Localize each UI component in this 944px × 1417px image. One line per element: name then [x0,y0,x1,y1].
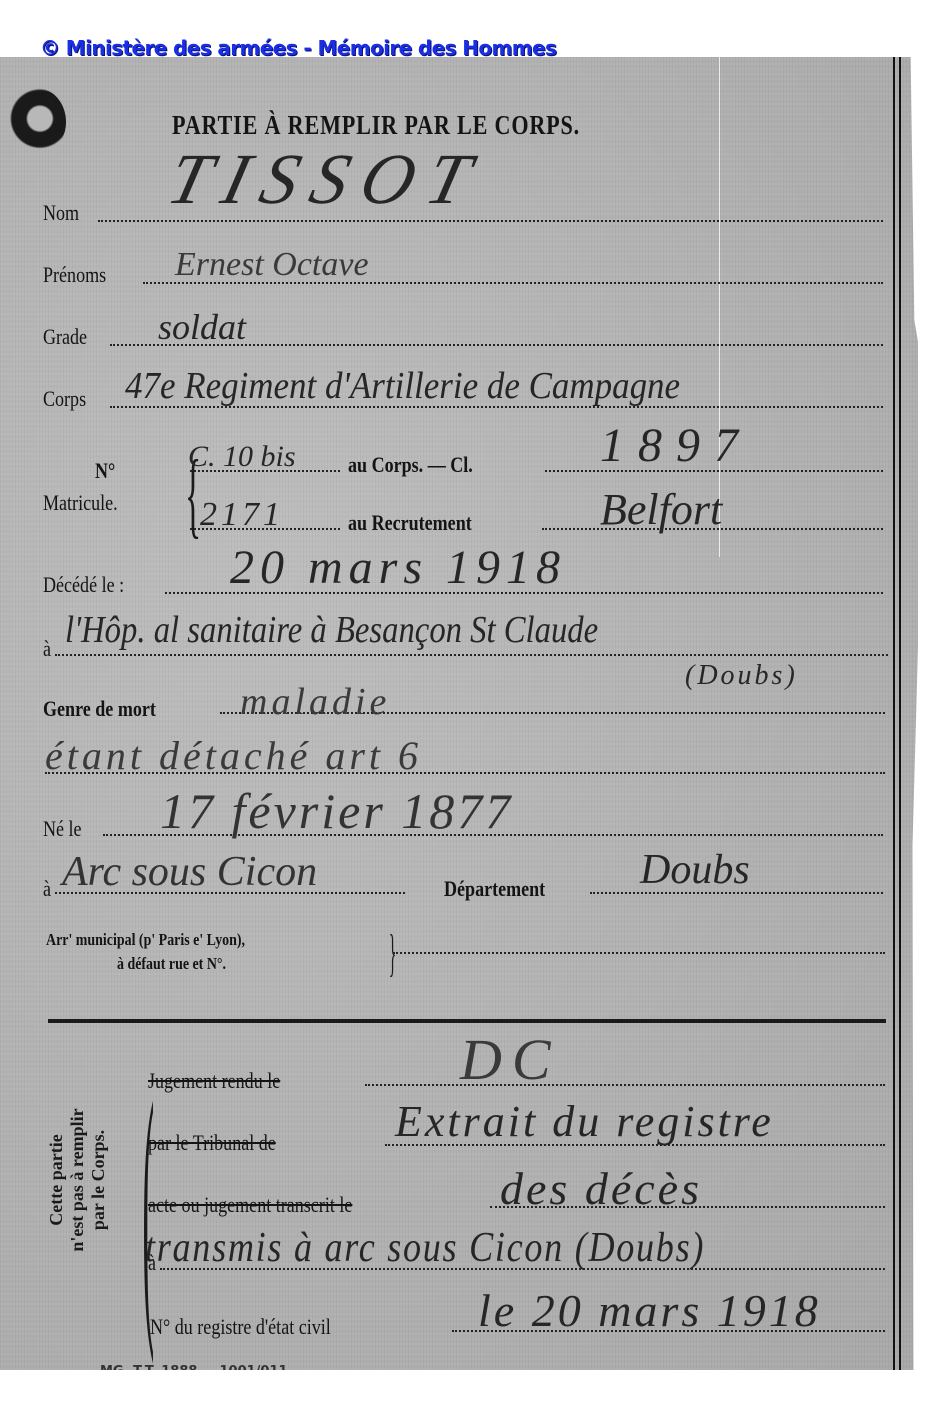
side-note-line-1: Cette partie [46,1060,67,1300]
footer-code: MG. T.T. 1888 — 1001/011 [100,1364,288,1370]
border-line-left [893,57,895,1370]
genre-mort-label: Genre de mort [43,696,156,722]
nom-value: TISSOT [160,138,493,221]
side-note-line-3: par le Corps. [88,1060,109,1300]
side-note: Cette partie n'est pas à remplir par le … [46,1060,109,1300]
matricule-label-no: N° [95,458,115,484]
grade-value: soldat [158,306,246,348]
classe-value: 1897 [600,418,752,473]
form-header: PARTIE À REMPLIR PAR LE CORPS. [172,110,580,141]
matricule-corps-number: C. 10 bis [188,440,296,474]
acte-label: acte ou jugement transcrit le [148,1192,352,1218]
deces-value: 20 mars 1918 [230,540,566,595]
nom-label: Nom [43,200,79,226]
matricule-corps-line [190,470,340,472]
lieu-deces-label: à [43,636,51,662]
a-value: transmis à arc sous Cicon (Doubs) [145,1224,705,1272]
departement-label: Département [444,876,545,902]
recrutement-number-line [190,528,340,530]
departement-value: Doubs [640,846,750,894]
naissance-label: Né le [43,816,82,842]
acte-value: des décès [500,1162,702,1215]
grade-label: Grade [43,324,87,350]
lieu-deces-value: l'Hôp. al sanitaire à Besançon St Claude [65,608,598,652]
deces-label: Décédé le : [43,572,124,598]
lieu-naissance-label: à [43,876,51,902]
lieu-naissance-value: Arc sous Cicon [62,848,317,896]
registre-value: le 20 mars 1918 [478,1284,821,1337]
arrondissement-label-1: Arr' municipal (p' Paris e' Lyon), [46,930,245,950]
arrondissement-label-2: à défaut rue et N°. [117,954,226,974]
matricule-corps-label: au Corps. — Cl. [348,452,473,478]
lieu-deces-note: (Doubs) [685,660,798,692]
corps-label: Corps [43,386,86,412]
side-note-line-2: n'est pas à remplir [67,1060,88,1300]
prenoms-value: Ernest Octave [175,246,369,284]
recrutement-value: Belfort [600,484,722,535]
jugement-label: Jugement rendu le [148,1068,280,1094]
ink-stamp-icon [8,88,66,156]
copyright-watermark: © Ministère des armées - Mémoire des Hom… [40,36,556,60]
jugement-line [365,1084,885,1086]
genre-mort-value: maladie [240,680,390,724]
tribunal-value: Extrait du registre [395,1096,774,1147]
genre-mort-extra: étant détaché art 6 [45,732,422,779]
matricule-label: Matricule. [43,490,118,516]
section-divider [48,1019,886,1023]
corps-value: 47e Regiment d'Artillerie de Campagne [125,364,680,408]
lieu-deces-line [55,654,888,656]
recrutement-label: au Recrutement [348,510,472,536]
arrondissement-line [393,952,885,954]
arrondissement-brace: } [389,928,396,980]
border-line-right [899,57,901,1370]
naissance-value: 17 février 1877 [160,782,513,840]
prenoms-label: Prénoms [43,262,106,288]
dc-annotation: DC [460,1026,561,1093]
registre-label: N° du registre d'état civil [150,1314,331,1340]
tribunal-label: par le Tribunal de [148,1130,276,1156]
paper-crease [719,57,720,557]
